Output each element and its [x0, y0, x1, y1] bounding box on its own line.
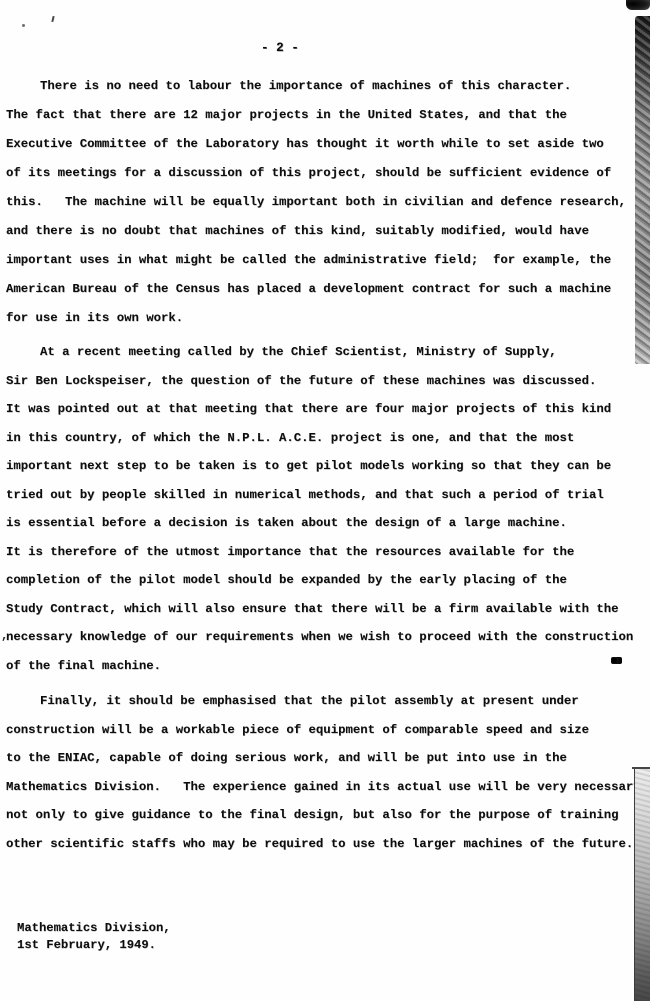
ink-blot-mark [611, 657, 622, 664]
signature-date: 1st February, 1949. [17, 937, 171, 954]
scan-speck-mark [22, 24, 25, 27]
text-line: of the final machine. [6, 652, 633, 681]
text-line: other scientific staffs who may be requi… [6, 830, 648, 859]
text-line: tried out by people skilled in numerical… [6, 481, 633, 510]
text-line: in this country, of which the N.P.L. A.C… [6, 424, 633, 453]
scan-corner-artifact [626, 0, 650, 10]
text-line: There is no need to labour the importanc… [6, 72, 626, 101]
paragraph-2: At a recent meeting called by the Chief … [6, 338, 633, 680]
text-line: Study Contract, which will also ensure t… [6, 595, 633, 624]
text-line: completion of the pilot model should be … [6, 566, 633, 595]
scan-speck-mark [51, 16, 54, 22]
text-line: to the ENIAC, capable of doing serious w… [6, 744, 648, 773]
text-line: of its meetings for a discussion of this… [6, 159, 626, 188]
text-line: Executive Committee of the Laboratory ha… [6, 130, 626, 159]
text-line: and there is no doubt that machines of t… [6, 217, 626, 246]
text-line: Sir Ben Lockspeiser, the question of the… [6, 367, 633, 396]
scan-edge-artifact-bottom [634, 769, 650, 1001]
text-line: It is therefore of the utmost importance… [6, 538, 633, 567]
text-line: important uses in what might be called t… [6, 246, 626, 275]
text-line: Mathematics Division. The experience gai… [6, 773, 648, 802]
paragraph-1: There is no need to labour the importanc… [6, 72, 626, 333]
text-line: not only to give guidance to the final d… [6, 801, 648, 830]
text-line: necessary knowledge of our requirements … [6, 623, 633, 652]
stray-comma-mark: , [1, 629, 8, 643]
text-line: construction will be a workable piece of… [6, 716, 648, 745]
text-line: this. The machine will be equally import… [6, 188, 626, 217]
text-line: The fact that there are 12 major project… [6, 101, 626, 130]
text-line: American Bureau of the Census has placed… [6, 275, 626, 304]
paragraph-3: Finally, it should be emphasised that th… [6, 687, 648, 858]
text-line: important next step to be taken is to ge… [6, 452, 633, 481]
document-page: - 2 - There is no need to labour the imp… [0, 0, 650, 1001]
text-line: At a recent meeting called by the Chief … [6, 338, 633, 367]
text-line: for use in its own work. [6, 304, 626, 333]
signature-division: Mathematics Division, [17, 920, 171, 937]
scan-edge-artifact-top [635, 16, 650, 364]
signature-block: Mathematics Division, 1st February, 1949… [17, 920, 171, 954]
text-line: It was pointed out at that meeting that … [6, 395, 633, 424]
text-line: Finally, it should be emphasised that th… [6, 687, 648, 716]
page-number: - 2 - [261, 41, 299, 55]
text-line: is essential before a decision is taken … [6, 509, 633, 538]
